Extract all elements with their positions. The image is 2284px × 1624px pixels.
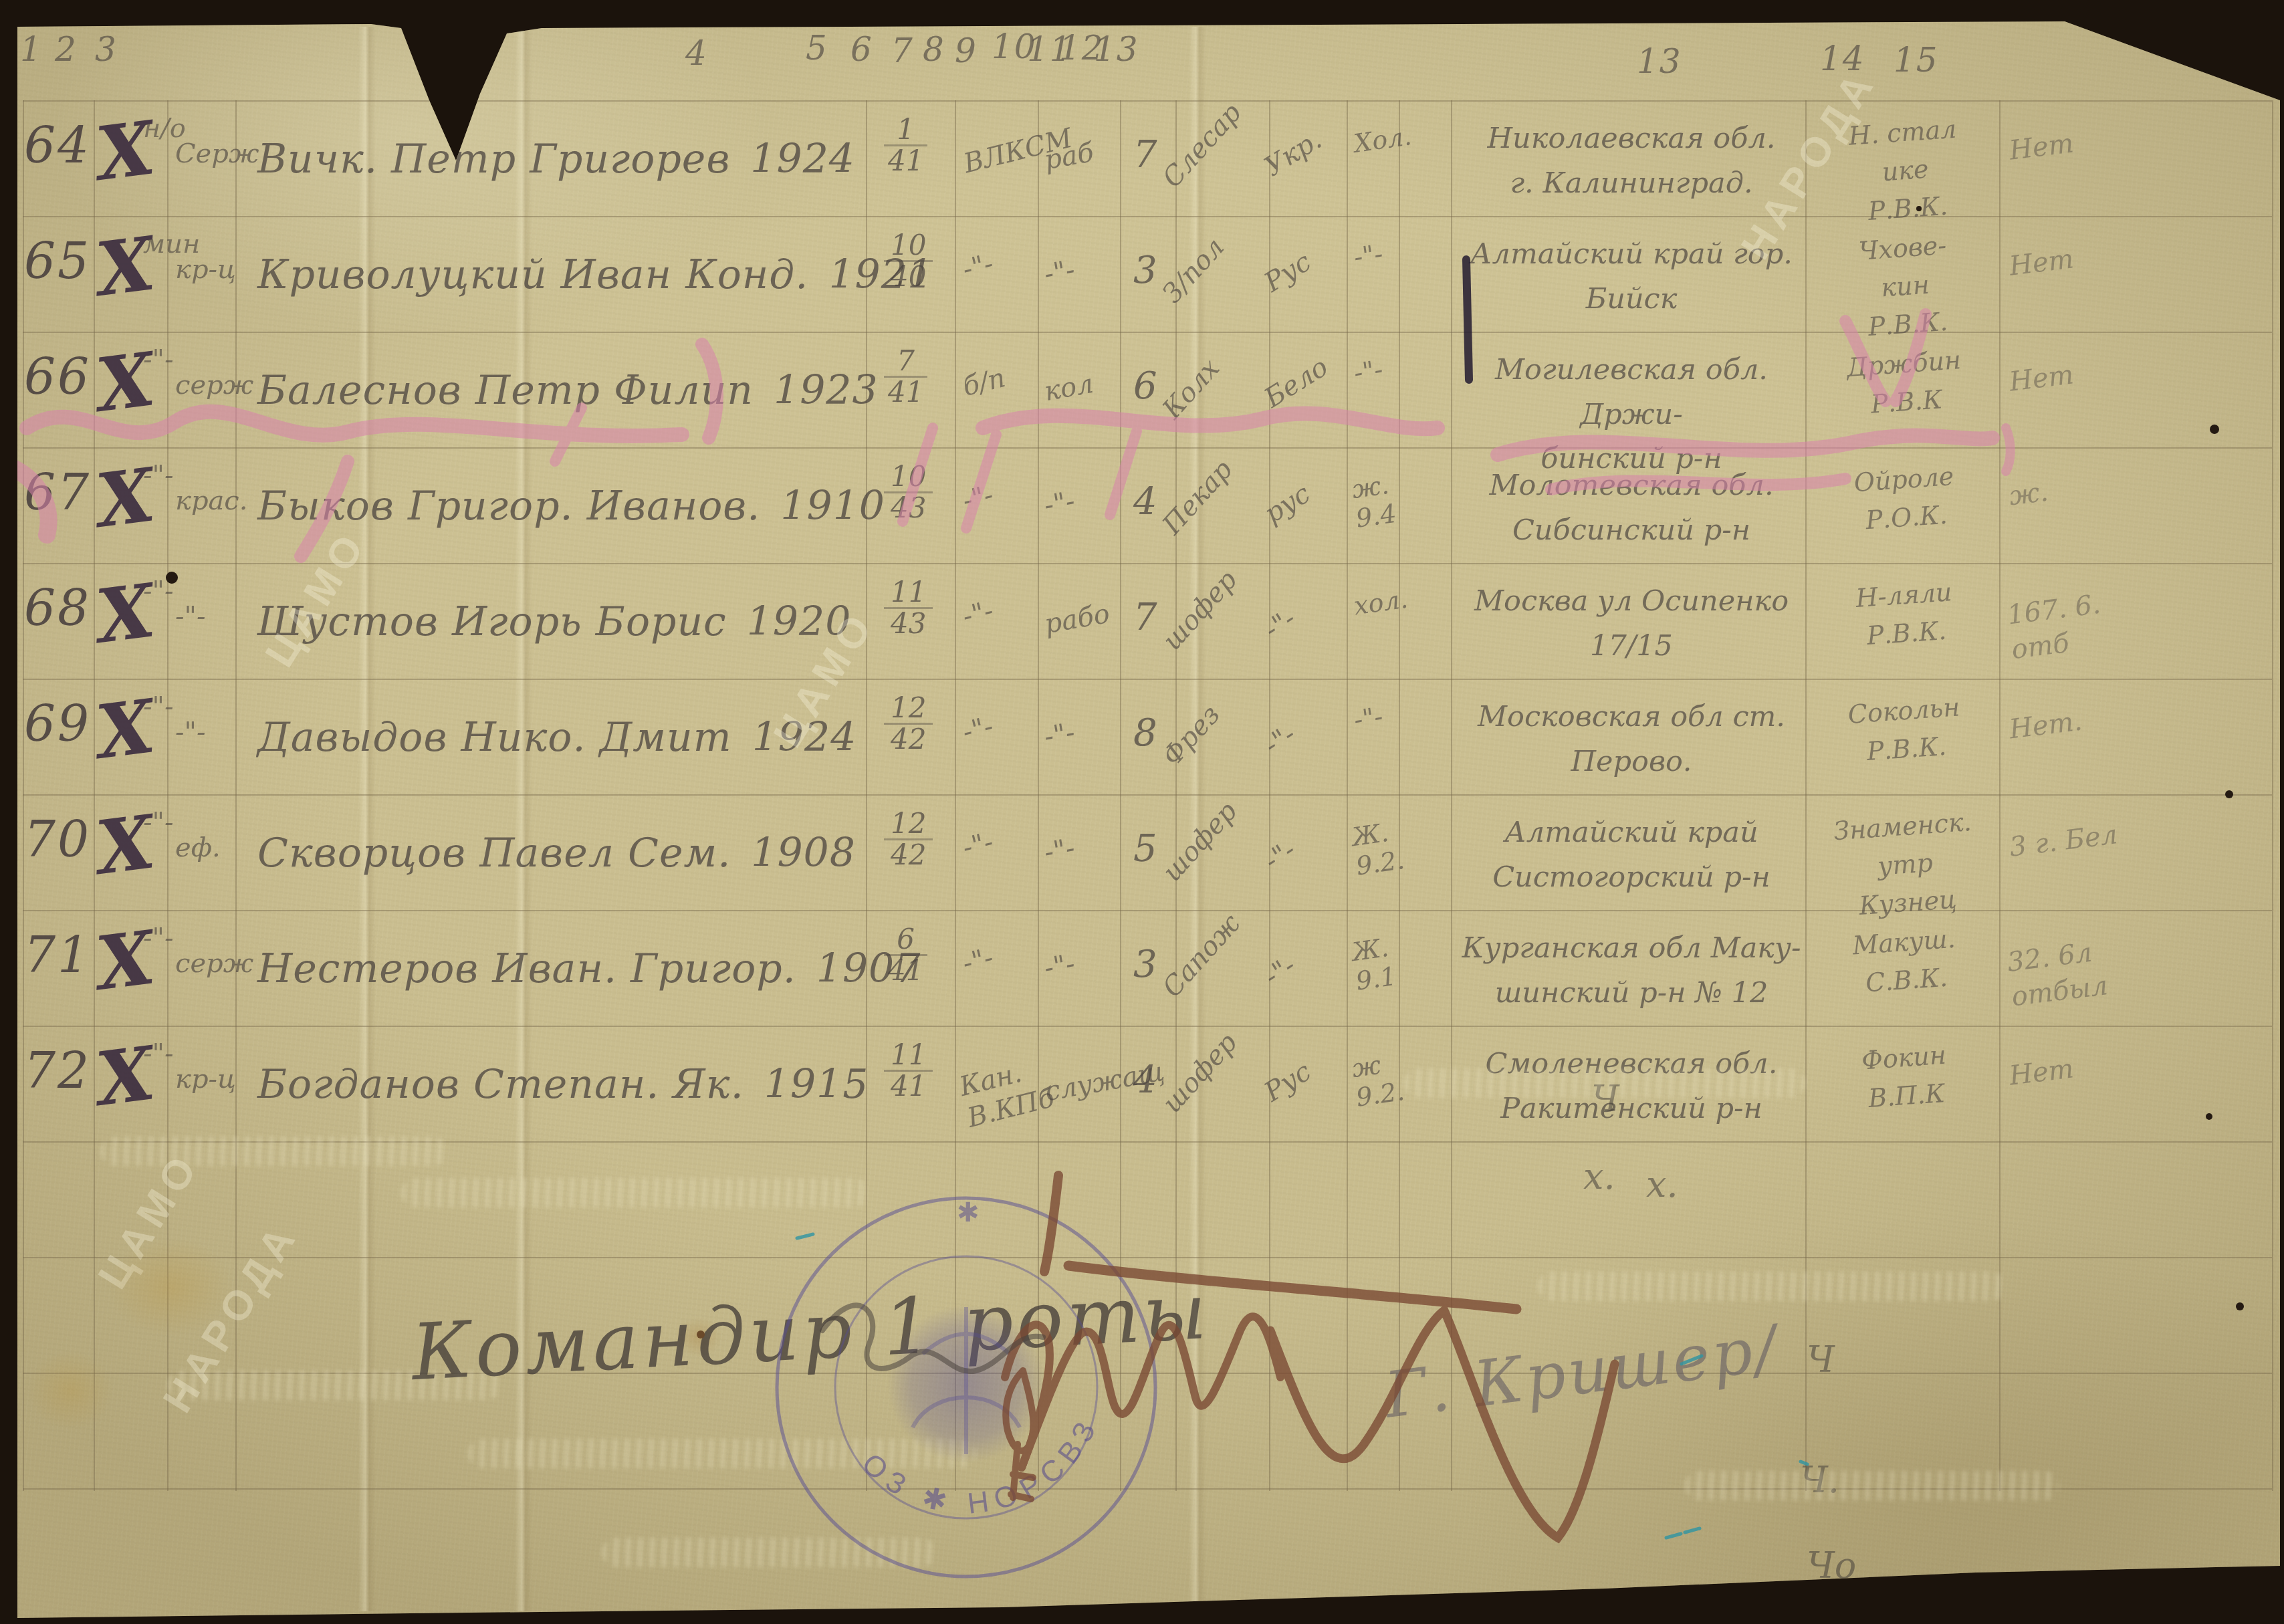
pink-crayon-marks (13, 314, 2011, 556)
teal-pen-marks (797, 1234, 1807, 1538)
brown-crayon-signature (1005, 1175, 1615, 1538)
ink-stroke (1466, 259, 1469, 380)
scanned-document: { "page": { "description_label": "рукопи… (0, 0, 2284, 1624)
document-page: 12345678910111213131415 64Хн/оСержВичк. … (0, 0, 2284, 1624)
paper-holes (166, 206, 2244, 1310)
rust-speck (697, 1330, 705, 1339)
marks-overlay (0, 0, 2284, 1624)
